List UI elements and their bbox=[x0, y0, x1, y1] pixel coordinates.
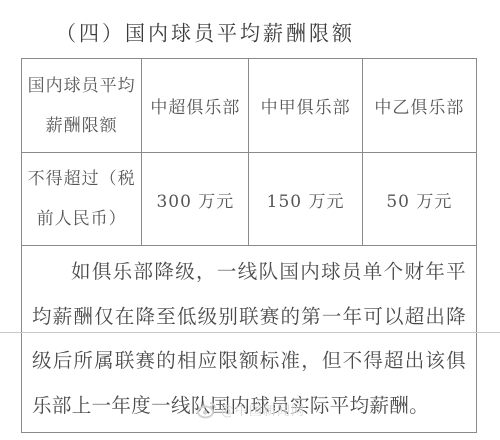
salary-cap-table: 国内球员平均 薪酬限额 中超俱乐部 中甲俱乐部 中乙俱乐部 不得超过（税 前人民… bbox=[21, 58, 477, 433]
row-label-cell: 不得超过（税 前人民币） bbox=[22, 153, 142, 246]
row-label-header-line2: 薪酬限额 bbox=[28, 106, 136, 146]
row-label-header-line1: 国内球员平均 bbox=[28, 76, 136, 96]
column-header-league-two: 中乙俱乐部 bbox=[362, 59, 476, 153]
value-cell-league-two: 50 万元 bbox=[362, 153, 476, 246]
table-header-row: 国内球员平均 薪酬限额 中超俱乐部 中甲俱乐部 中乙俱乐部 bbox=[22, 59, 477, 153]
value-cell-league-one: 150 万元 bbox=[249, 153, 362, 246]
row-label-header: 国内球员平均 薪酬限额 bbox=[28, 66, 136, 146]
page-fold-line bbox=[0, 332, 500, 333]
table-row: 不得超过（税 前人民币） 300 万元 150 万元 50 万元 bbox=[22, 153, 477, 246]
column-header-csl: 中超俱乐部 bbox=[142, 59, 249, 153]
value-cell-csl: 300 万元 bbox=[142, 153, 249, 246]
row-label-header-cell: 国内球员平均 薪酬限额 bbox=[22, 59, 142, 153]
row-label-line2: 前人民币） bbox=[28, 199, 136, 239]
column-header-league-one: 中甲俱乐部 bbox=[249, 59, 362, 153]
section-title: （四）国内球员平均薪酬限额 bbox=[56, 16, 355, 46]
weibo-icon bbox=[197, 401, 217, 419]
watermark: @中国新闻网 bbox=[197, 400, 305, 419]
row-label: 不得超过（税 前人民币） bbox=[28, 159, 136, 239]
row-label-line1: 不得超过（税 bbox=[28, 169, 136, 189]
watermark-text: @中国新闻网 bbox=[221, 400, 305, 419]
